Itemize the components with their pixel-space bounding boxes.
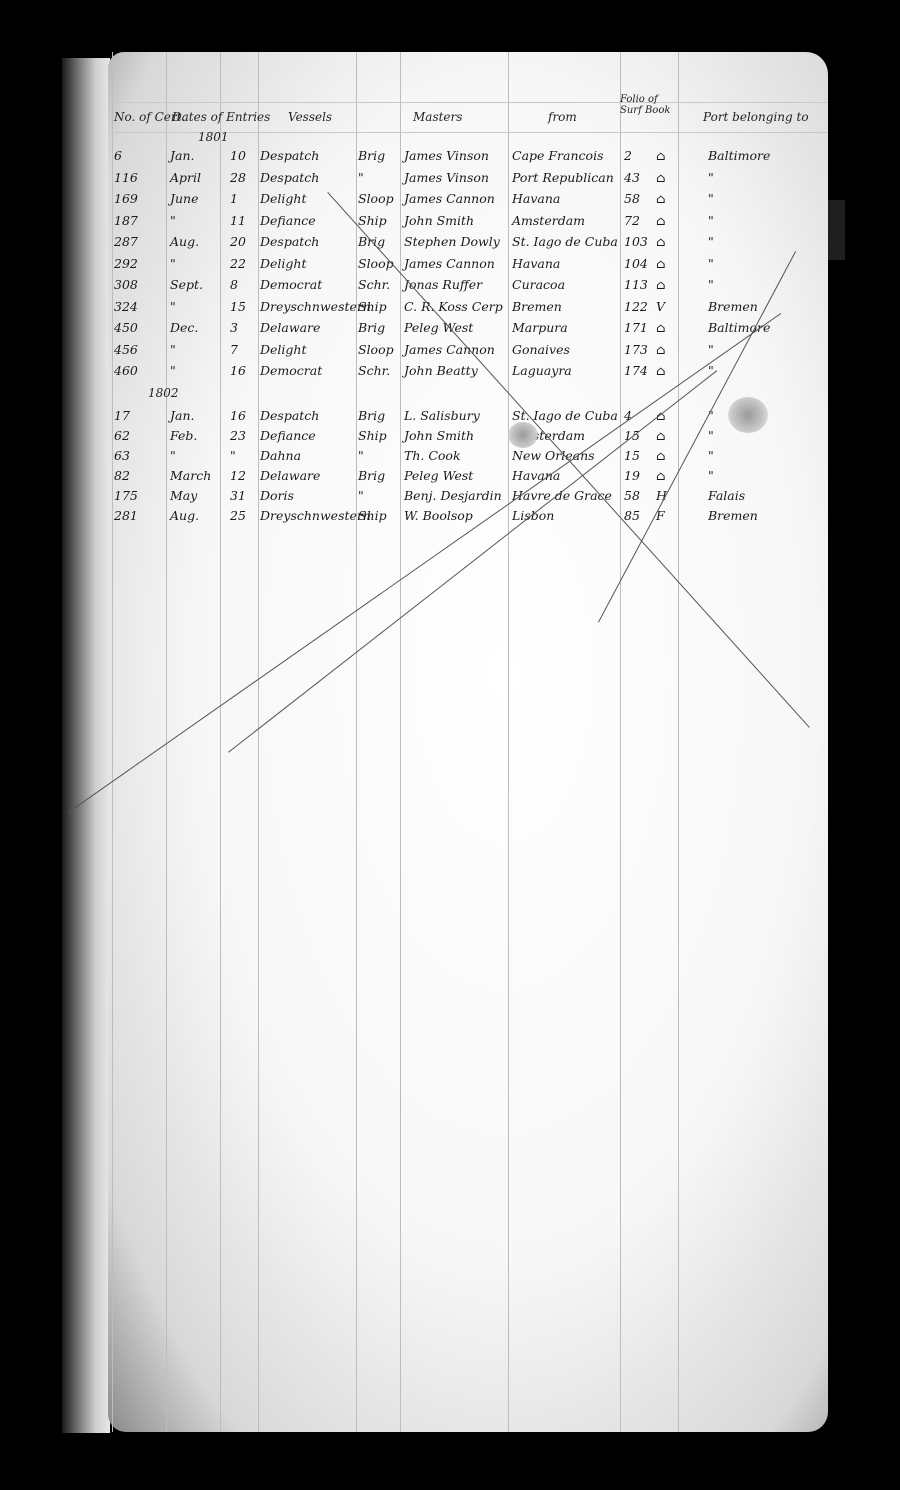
folio-mark: ⌂ xyxy=(656,448,666,463)
year-1801: 1801 xyxy=(198,130,229,144)
vessel-name: Doris xyxy=(260,488,294,503)
cert-number: 456 xyxy=(114,342,138,357)
vessel-name: Delaware xyxy=(260,320,320,335)
vessel-name: Despatch xyxy=(260,234,319,249)
folio-number: 15 xyxy=(624,448,640,463)
entry-month: " xyxy=(170,256,176,271)
entry-day: 3 xyxy=(230,320,238,335)
vessel-name: Delaware xyxy=(260,468,320,483)
port-from: Havana xyxy=(512,468,560,483)
folio-number: 2 xyxy=(624,148,632,163)
vessel-rig: Brig xyxy=(358,148,385,163)
ledger-row: 460"16DemocratSchr.John BeattyLaguayra17… xyxy=(108,363,828,382)
master-name: James Cannon xyxy=(404,191,495,206)
master-name: James Cannon xyxy=(404,256,495,271)
cert-number: 287 xyxy=(114,234,138,249)
port-from: Amsterdam xyxy=(512,213,585,228)
ledger-row: 62Feb.23DefianceShipJohn SmithAmsterdam1… xyxy=(108,428,828,447)
entry-day: " xyxy=(230,448,236,463)
vessel-rig: Ship xyxy=(358,213,387,228)
entry-day: 12 xyxy=(230,468,246,483)
ledger-row: 308Sept.8DemocratSchr.Jonas RufferCuraco… xyxy=(108,277,828,296)
port-belonging: " xyxy=(708,213,714,228)
vessel-rig: Schr. xyxy=(358,277,390,292)
entry-day: 1 xyxy=(230,191,238,206)
vessel-rig: Brig xyxy=(358,320,385,335)
header-owner: Port belonging to xyxy=(703,110,809,124)
port-from: Havana xyxy=(512,256,560,271)
year-1802: 1802 xyxy=(148,386,179,400)
entry-month: Feb. xyxy=(170,428,197,443)
cert-number: 82 xyxy=(114,468,130,483)
folio-mark: ⌂ xyxy=(656,428,666,443)
master-name: Peleg West xyxy=(404,468,473,483)
header-vessel: Vessels xyxy=(288,110,332,124)
port-from: St. Iago de Cuba xyxy=(512,234,618,249)
folio-mark: ⌂ xyxy=(656,256,666,271)
header-date: Dates of Entries xyxy=(172,110,270,124)
ledger-row: 116April28Despatch"James VinsonPort Repu… xyxy=(108,170,828,189)
cert-number: 169 xyxy=(114,191,138,206)
folio-mark: ⌂ xyxy=(656,363,666,378)
entry-day: 7 xyxy=(230,342,238,357)
cert-number: 450 xyxy=(114,320,138,335)
port-belonging: " xyxy=(708,256,714,271)
folio-mark: ⌂ xyxy=(656,320,666,335)
folio-number: 171 xyxy=(624,320,648,335)
port-belonging: " xyxy=(708,277,714,292)
master-name: Th. Cook xyxy=(404,448,461,463)
folio-mark: ⌂ xyxy=(656,234,666,249)
entry-month: March xyxy=(170,468,211,483)
port-belonging: " xyxy=(708,468,714,483)
port-from: New Orleans xyxy=(512,448,595,463)
cert-number: 6 xyxy=(114,148,122,163)
ledger-row: 175May31Doris"Benj. DesjardinHavre de Gr… xyxy=(108,488,828,507)
vessel-name: Defiance xyxy=(260,213,316,228)
master-name: James Vinson xyxy=(404,148,489,163)
cert-number: 187 xyxy=(114,213,138,228)
folio-number: 174 xyxy=(624,363,648,378)
cert-number: 324 xyxy=(114,299,138,314)
vessel-rig: Ship xyxy=(358,299,387,314)
vessel-name: Delight xyxy=(260,191,307,206)
folio-number: 104 xyxy=(624,256,648,271)
ledger-row: 17Jan.16DespatchBrigL. SalisburySt. Iago… xyxy=(108,408,828,427)
master-name: John Beatty xyxy=(404,363,478,378)
port-belonging: " xyxy=(708,234,714,249)
ledger-row: 63""Dahna"Th. CookNew Orleans15⌂" xyxy=(108,448,828,467)
port-from: Marpura xyxy=(512,320,568,335)
port-from: Havana xyxy=(512,191,560,206)
entry-month: Aug. xyxy=(170,234,199,249)
entry-day: 25 xyxy=(230,508,246,523)
folio-number: 72 xyxy=(624,213,640,228)
master-name: John Smith xyxy=(404,428,474,443)
header-rule xyxy=(108,102,828,103)
folio-mark: V xyxy=(656,299,665,314)
vessel-rig: Sloop xyxy=(358,191,394,206)
entry-day: 15 xyxy=(230,299,246,314)
ledger-row: 456"7DelightSloopJames CannonGonaives173… xyxy=(108,342,828,361)
ledger-row: 281Aug.25DreyschnwesternShipW. BoolsopLi… xyxy=(108,508,828,527)
cert-number: 116 xyxy=(114,170,138,185)
ledger-row: 6Jan.10DespatchBrigJames VinsonCape Fran… xyxy=(108,148,828,167)
vessel-rig: " xyxy=(358,170,364,185)
port-from: Cape Francois xyxy=(512,148,603,163)
port-from: Laguayra xyxy=(512,363,572,378)
port-belonging: Bremen xyxy=(708,508,758,523)
folio-mark: ⌂ xyxy=(656,277,666,292)
entry-day: 22 xyxy=(230,256,246,271)
entry-day: 10 xyxy=(230,148,246,163)
vessel-rig: " xyxy=(358,488,364,503)
vessel-name: Delight xyxy=(260,342,307,357)
vessel-rig: Sloop xyxy=(358,256,394,271)
entry-day: 28 xyxy=(230,170,246,185)
vessel-rig: Ship xyxy=(358,428,387,443)
ink-stain xyxy=(508,422,538,448)
folio-mark: ⌂ xyxy=(656,342,666,357)
port-from: Lisbon xyxy=(512,508,554,523)
ledger-row: 287Aug.20DespatchBrigStephen DowlySt. Ia… xyxy=(108,234,828,253)
master-name: James Cannon xyxy=(404,342,495,357)
vessel-name: Delight xyxy=(260,256,307,271)
master-name: W. Boolsop xyxy=(404,508,473,523)
master-name: Peleg West xyxy=(404,320,473,335)
entry-day: 23 xyxy=(230,428,246,443)
vessel-rig: Brig xyxy=(358,468,385,483)
port-belonging: " xyxy=(708,170,714,185)
vessel-rig: " xyxy=(358,448,364,463)
master-name: Benj. Desjardin xyxy=(404,488,502,503)
header-folio: Folio of Surf Book xyxy=(620,94,680,116)
entry-month: " xyxy=(170,342,176,357)
vessel-name: Despatch xyxy=(260,408,319,423)
entry-month: " xyxy=(170,448,176,463)
folio-number: 43 xyxy=(624,170,640,185)
vessel-name: Dreyschnwestern xyxy=(260,508,371,523)
entry-month: May xyxy=(170,488,197,503)
master-name: John Smith xyxy=(404,213,474,228)
folio-number: 19 xyxy=(624,468,640,483)
book-spine xyxy=(62,58,110,1433)
header-master: Masters xyxy=(413,110,462,124)
cert-number: 281 xyxy=(114,508,138,523)
port-from: Bremen xyxy=(512,299,562,314)
cert-number: 460 xyxy=(114,363,138,378)
entry-day: 8 xyxy=(230,277,238,292)
entry-month: " xyxy=(170,299,176,314)
port-belonging: Falais xyxy=(708,488,745,503)
vessel-name: Dreyschnwestern xyxy=(260,299,371,314)
port-belonging: " xyxy=(708,428,714,443)
entry-day: 31 xyxy=(230,488,246,503)
entry-month: Jan. xyxy=(170,148,195,163)
cert-number: 62 xyxy=(114,428,130,443)
entry-month: June xyxy=(170,191,199,206)
ink-stain xyxy=(728,397,768,433)
vessel-name: Dahna xyxy=(260,448,301,463)
vessel-name: Democrat xyxy=(260,363,322,378)
entry-month: Jan. xyxy=(170,408,195,423)
ledger-row: 82March12DelawareBrigPeleg WestHavana19⌂… xyxy=(108,468,828,487)
folio-number: 58 xyxy=(624,488,640,503)
folio-number: 103 xyxy=(624,234,648,249)
vessel-name: Defiance xyxy=(260,428,316,443)
entry-day: 11 xyxy=(230,213,246,228)
entry-month: " xyxy=(170,363,176,378)
port-belonging: Bremen xyxy=(708,299,758,314)
folio-mark: ⌂ xyxy=(656,213,666,228)
ledger-row: 292"22DelightSloopJames CannonHavana104⌂… xyxy=(108,256,828,275)
header-from: from xyxy=(548,110,577,124)
folio-number: 122 xyxy=(624,299,648,314)
vessel-rig: Brig xyxy=(358,408,385,423)
ledger-row: 324"15DreyschnwesternShipC. R. Koss Cerp… xyxy=(108,299,828,318)
port-belonging: " xyxy=(708,448,714,463)
folio-number: 173 xyxy=(624,342,648,357)
cert-number: 292 xyxy=(114,256,138,271)
entry-month: April xyxy=(170,170,201,185)
entry-month: Sept. xyxy=(170,277,203,292)
entry-month: Dec. xyxy=(170,320,198,335)
entry-month: Aug. xyxy=(170,508,199,523)
folio-mark: ⌂ xyxy=(656,468,666,483)
vessel-rig: Ship xyxy=(358,508,387,523)
cert-number: 63 xyxy=(114,448,130,463)
vessel-name: Despatch xyxy=(260,148,319,163)
port-belonging: " xyxy=(708,191,714,206)
folio-number: 85 xyxy=(624,508,640,523)
entry-month: " xyxy=(170,213,176,228)
cert-number: 308 xyxy=(114,277,138,292)
master-name: Stephen Dowly xyxy=(404,234,500,249)
port-from: Gonaives xyxy=(512,342,570,357)
cert-number: 175 xyxy=(114,488,138,503)
folio-mark: ⌂ xyxy=(656,191,666,206)
vessel-rig: Sloop xyxy=(358,342,394,357)
port-from: Curacoa xyxy=(512,277,565,292)
port-from: Port Republican xyxy=(512,170,614,185)
column-headers: No. of Cert. Dates of Entries Vessels Ma… xyxy=(108,110,828,130)
folio-number: 113 xyxy=(624,277,648,292)
vessel-name: Despatch xyxy=(260,170,319,185)
ledger-row: 187"11DefianceShipJohn SmithAmsterdam72⌂… xyxy=(108,213,828,232)
folio-number: 58 xyxy=(624,191,640,206)
entry-day: 16 xyxy=(230,363,246,378)
port-belonging: Baltimore xyxy=(708,148,770,163)
cert-number: 17 xyxy=(114,408,130,423)
master-name: L. Salisbury xyxy=(404,408,480,423)
ledger-row: 450Dec.3DelawareBrigPeleg WestMarpura171… xyxy=(108,320,828,339)
master-name: James Vinson xyxy=(404,170,489,185)
vessel-rig: Schr. xyxy=(358,363,390,378)
vessel-name: Democrat xyxy=(260,277,322,292)
port-belonging: " xyxy=(708,342,714,357)
ledger-row: 169June1DelightSloopJames CannonHavana58… xyxy=(108,191,828,210)
folio-mark: ⌂ xyxy=(656,148,666,163)
ledger-page: No. of Cert. Dates of Entries Vessels Ma… xyxy=(108,52,828,1432)
entry-day: 16 xyxy=(230,408,246,423)
master-name: C. R. Koss Cerp xyxy=(404,299,503,314)
folio-mark: ⌂ xyxy=(656,170,666,185)
entry-day: 20 xyxy=(230,234,246,249)
